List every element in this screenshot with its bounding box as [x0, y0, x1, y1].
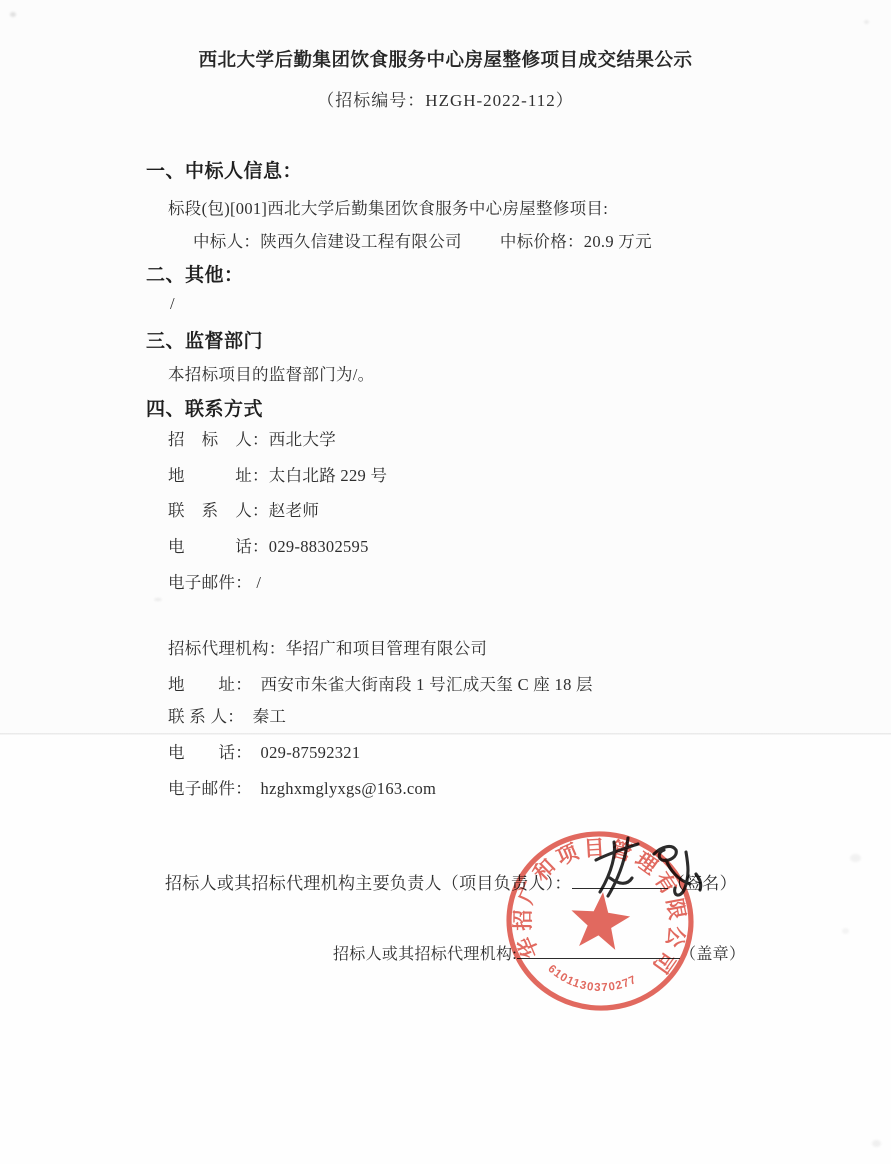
agency-line-person: 联 系 人： 秦工 [168, 703, 286, 727]
handwritten-signature [570, 820, 720, 915]
bid-number-line: （招标编号：HZGH-2022-112） [0, 86, 891, 111]
contact-line-person: 联 系 人：赵老师 [168, 497, 319, 521]
section-heading-other: 二、其他： [146, 260, 244, 287]
contact-line-address: 地 址：太白北路 229 号 [168, 462, 387, 486]
winner-price: 中标价格：20.9 万元 [500, 232, 652, 251]
contact-line-email: 电子邮件： / [168, 569, 261, 593]
section-heading-winner-info: 一、中标人信息： [146, 156, 302, 183]
contact-line-phone: 电 话：029-88302595 [168, 533, 369, 557]
winner-name: 中标人：陕西久信建设工程有限公司 [193, 232, 462, 251]
section-heading-contact: 四、联系方式 [146, 394, 263, 421]
section-heading-supervision: 三、监督部门 [146, 326, 263, 353]
agency-line-name: 招标代理机构：华招广和项目管理有限公司 [168, 635, 487, 659]
seal-number: 6101130370277 [544, 962, 640, 998]
agency-line-phone: 电 话： 029-87592321 [168, 739, 360, 763]
package-line: 标段(包)[001]西北大学后勤集团饮食服务中心房屋整修项目: [168, 195, 608, 219]
other-content: / [170, 294, 175, 314]
contact-line-tenderer: 招 标 人：西北大学 [168, 426, 336, 450]
winner-row: 中标人：陕西久信建设工程有限公司中标价格：20.9 万元 [193, 228, 652, 252]
agency-line-email: 电子邮件： hzghxmglyxgs@163.com [168, 775, 436, 799]
agency-line-address: 地 址： 西安市朱雀大街南段 1 号汇成天玺 C 座 18 层 [168, 671, 593, 695]
scan-artifact-line [0, 733, 891, 735]
supervision-content: 本招标项目的监督部门为/。 [168, 361, 374, 385]
document-page: 西北大学后勤集团饮食服务中心房屋整修项目成交结果公示 （招标编号：HZGH-20… [0, 0, 891, 1164]
document-title: 西北大学后勤集团饮食服务中心房屋整修项目成交结果公示 [0, 46, 891, 72]
org-label: 招标人或其招标代理机构: [333, 946, 517, 963]
